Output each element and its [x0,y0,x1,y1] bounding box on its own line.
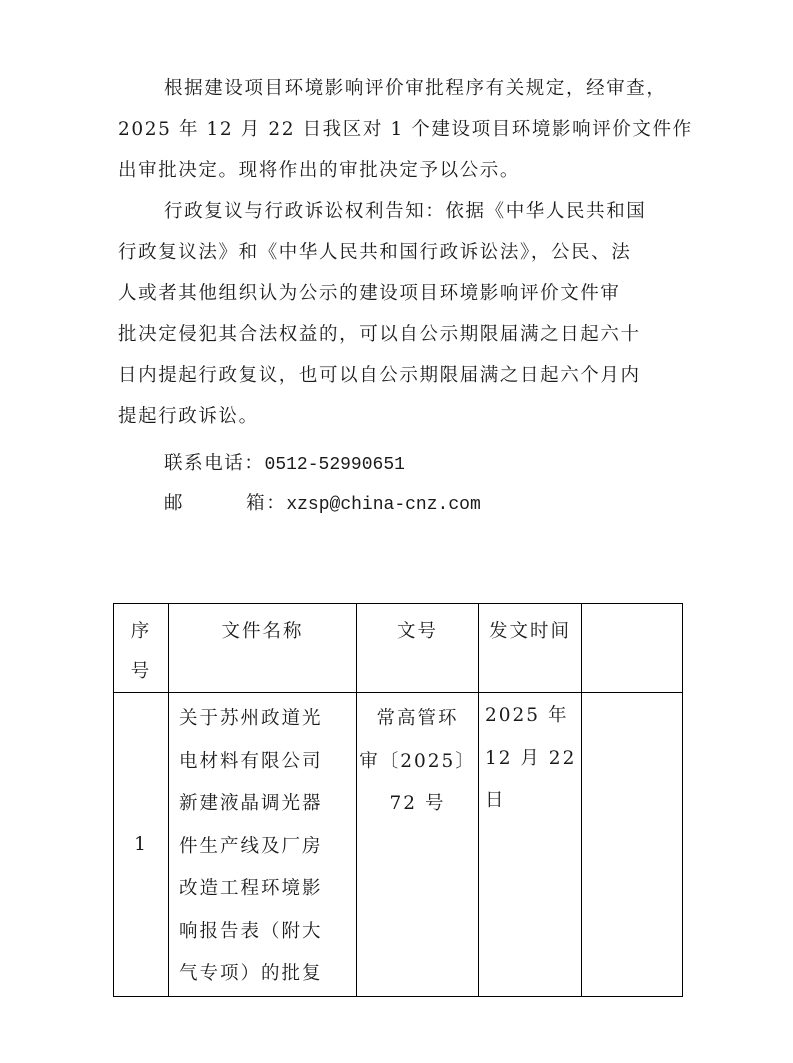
rights-line: 行政复议法》和《中华人民共和国行政诉讼法》，公民、法 [118,232,684,273]
intro-paragraph: 根据建设项目环境影响评价审批程序有关规定，经审查， 2025 年 12 月 22… [118,68,684,191]
contact-email: 邮箱：xzsp@china-cnz.com [164,489,481,515]
rights-line: 批决定侵犯其合法权益的，可以自公示期限届满之日起六十 [118,314,684,355]
doc-number-line: 审〔2025〕 [357,741,478,784]
header-seq: 序 号 [114,604,169,693]
file-name-line: 响报告表（附大 [179,911,356,954]
file-name-line: 新建液晶调光器 [179,783,356,826]
cell-file-name: 关于苏州政道光 电材料有限公司 新建液晶调光器 件生产线及厂房 改造工程环境影 … [169,693,357,997]
doc-number-line: 72 号 [357,783,478,826]
rights-notice-paragraph: 行政复议与行政诉讼权利告知：依据《中华人民共和国 行政复议法》和《中华人民共和国… [118,191,684,437]
table-header-row: 序 号 文件名称 文号 发文时间 [114,604,683,693]
phone-label: 联系电话： [164,453,265,474]
header-issue-date: 发文时间 [479,604,582,693]
header-seq-line1: 序 [114,612,168,652]
issue-date-line: 日 [485,780,581,823]
rights-line: 行政复议与行政诉讼权利告知：依据《中华人民共和国 [118,191,684,232]
file-name-line: 电材料有限公司 [179,741,356,784]
phone-value: 0512-52990651 [265,455,405,475]
email-value: xzsp@china-cnz.com [286,495,480,515]
rights-line: 人或者其他组织认为公示的建设项目环境影响评价文件审 [118,273,684,314]
issue-date-line: 12 月 22 [485,738,581,781]
header-extra [582,604,683,693]
intro-line: 2025 年 12 月 22 日我区对 1 个建设项目环境影响评价文件作 [118,109,684,150]
file-name-line: 改造工程环境影 [179,868,356,911]
cell-seq: 1 [114,693,169,997]
intro-line: 出审批决定。现将作出的审批决定予以公示。 [118,150,684,191]
issue-date-line: 2025 年 [485,695,581,738]
email-label-part1: 邮 [164,493,184,514]
contact-phone: 联系电话：0512-52990651 [164,449,405,475]
rights-line: 提起行政诉讼。 [118,396,684,437]
header-doc-number: 文号 [357,604,479,693]
header-file-name: 文件名称 [169,604,357,693]
file-name-line: 气专项）的批复 [179,953,356,996]
cell-doc-number: 常高管环 审〔2025〕 72 号 [357,693,479,997]
cell-extra [582,693,683,997]
header-seq-line2: 号 [114,652,168,692]
file-name-line: 件生产线及厂房 [179,826,356,869]
intro-line: 根据建设项目环境影响评价审批程序有关规定，经审查， [118,68,684,109]
cell-issue-date: 2025 年 12 月 22 日 [479,693,582,997]
doc-number-line: 常高管环 [357,698,478,741]
email-label-part2: 箱： [246,493,286,514]
table-row: 1 关于苏州政道光 电材料有限公司 新建液晶调光器 件生产线及厂房 改造工程环境… [114,693,683,997]
approval-table: 序 号 文件名称 文号 发文时间 1 关于苏州政道光 电材料有限公司 新建液晶调… [113,603,683,997]
rights-line: 日内提起行政复议，也可以自公示期限届满之日起六个月内 [118,355,684,396]
file-name-line: 关于苏州政道光 [179,698,356,741]
